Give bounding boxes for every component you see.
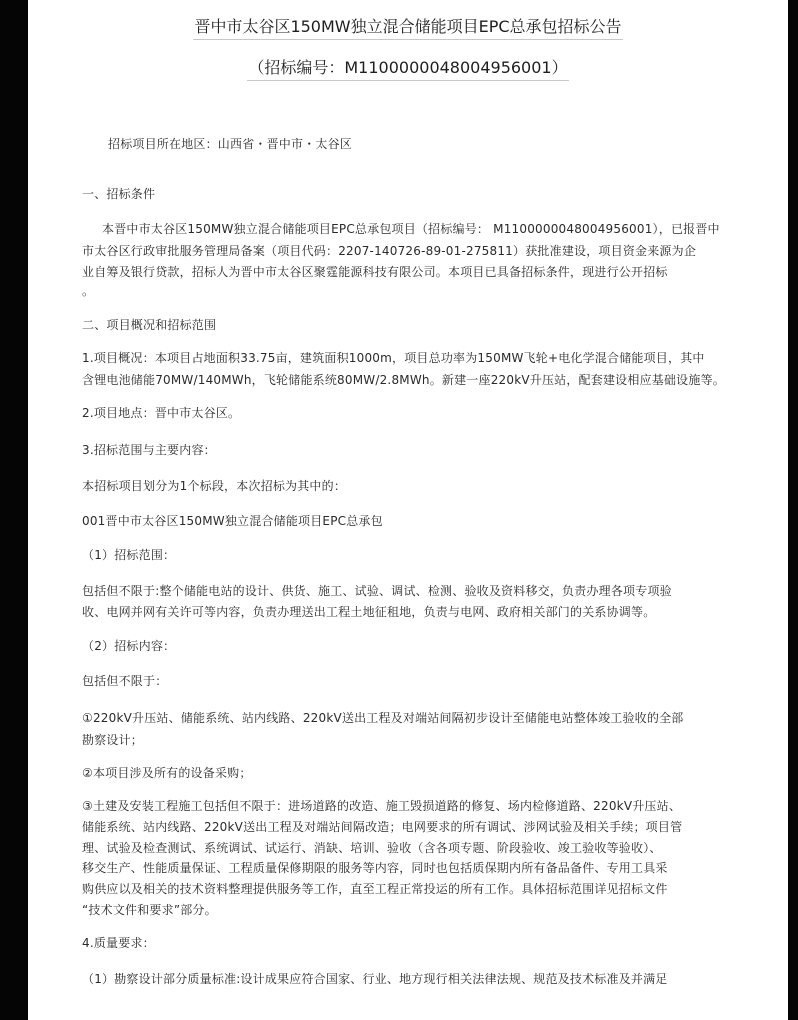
tender-code: （招标编号：M1100000048004956001）	[28, 57, 788, 81]
paragraph-line: 市太谷区行政审批服务管理局备案（项目代码：2207-140726-89-01-2…	[82, 243, 696, 259]
paragraph-line: 理、试验及检查测试、系统调试、试运行、消缺、培训、验收（含各项专题、阶段验收、竣…	[82, 840, 662, 856]
region-line: 招标项目所在地区：山西省・晋中市・太谷区	[108, 136, 352, 152]
paragraph-line: 收、电网并网有关许可等内容，负责办理送出工程土地征租地，负责与电网、政府相关部门…	[82, 604, 655, 620]
project-location: 2.项目地点：晋中市太谷区。	[82, 405, 240, 421]
paragraph-line: 业自筹及银行贷款，招标人为晋中市太谷区聚霆能源科技有限公司。本项目已具备招标条件…	[82, 264, 668, 280]
paragraph-line: “技术文件和要求”部分。	[82, 902, 217, 918]
right-page-margin	[788, 0, 798, 1020]
paragraph-line: 1.项目概况：本项目占地面积33.75亩，建筑面积1000m，项目总功率为150…	[82, 350, 705, 366]
paragraph-line: 本晋中市太谷区150MW独立混合储能项目EPC总承包项目（招标编号： M1100…	[102, 221, 720, 237]
paragraph-line: 购供应以及相关的技术资料整理提供服务等工作，直至工程正常投运的所有工作。具体招标…	[82, 881, 668, 897]
document-title: 晋中市太谷区150MW独立混合储能项目EPC总承包招标公告	[28, 16, 788, 40]
left-page-margin	[0, 0, 28, 1020]
tender-code-text: （招标编号：M1100000048004956001）	[247, 57, 568, 81]
paragraph-line: 。	[82, 283, 94, 299]
section-heading-1: 一、招标条件	[82, 186, 155, 202]
document-title-text: 晋中市太谷区150MW独立混合储能项目EPC总承包招标公告	[193, 16, 622, 40]
lot-name: 001晋中市太谷区150MW独立混合储能项目EPC总承包	[82, 513, 383, 529]
section-heading-2: 二、项目概况和招标范围	[82, 317, 216, 333]
document-page: 晋中市太谷区150MW独立混合储能项目EPC总承包招标公告 （招标编号：M110…	[28, 0, 788, 1020]
paragraph-line: 包括但不限于：	[82, 673, 167, 689]
paragraph-line: 勘察设计；	[82, 732, 143, 748]
paragraph-line: 移交生产、性能质量保证、工程质量保修期限的服务等内容，同时也包括质保期内所有备品…	[82, 860, 668, 876]
paragraph-line: 含锂电池储能70MW/140MWh，飞轮储能系统80MW/2.8MWh。新建一座…	[82, 372, 725, 388]
paragraph-line: ③土建及安装工程施工包括但不限于：进场道路的改造、施工毁损道路的修复、场内检修道…	[82, 798, 681, 814]
scope-heading: 3.招标范围与主要内容：	[82, 442, 216, 458]
paragraph-line: ②本项目涉及所有的设备采购；	[82, 765, 252, 781]
lot-division: 本招标项目划分为1个标段，本次招标为其中的：	[82, 478, 346, 494]
paragraph-line: 包括但不限于:整个储能电站的设计、供货、施工、试验、调试、检测、验收及资料移交，…	[82, 583, 672, 599]
paragraph-line: 储能系统、站内线路、220kV送出工程及对端站间隔改造；电网要求的所有调试、涉网…	[82, 819, 682, 835]
paragraph-line: （1）勘察设计部分质量标准:设计成果应符合国家、行业、地方现行相关法律法规、规范…	[82, 971, 667, 987]
content-subheading: （2）招标内容：	[82, 638, 175, 654]
quality-heading: 4.质量要求：	[82, 935, 155, 951]
paragraph-line: ①220kV升压站、储能系统、站内线路、220kV送出工程及对端站间隔初步设计至…	[82, 710, 684, 726]
scope-subheading: （1）招标范围：	[82, 547, 175, 563]
